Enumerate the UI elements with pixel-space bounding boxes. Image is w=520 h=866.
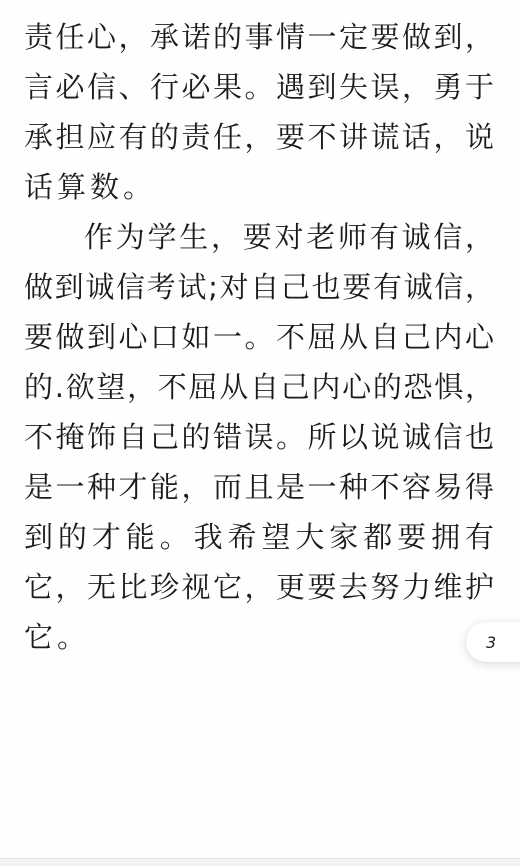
- bottom-bar: [0, 858, 520, 866]
- page-number-tab[interactable]: 3: [466, 622, 520, 662]
- document-page: 责任心，承诺的事情一定要做到， 言必信、行必果。遇到失误，勇于 承担应有的责任，…: [0, 0, 520, 866]
- text-line: 要做到心口如一。不屈从自己内心: [24, 312, 494, 362]
- text-line: 话算数。: [24, 162, 494, 212]
- text-line: 做到诚信考试;对自己也要有诚信，: [24, 262, 494, 312]
- text-line: 是一种才能，而且是一种不容易得: [24, 462, 494, 512]
- text-line: 的.欲望，不屈从自己内心的恐惧，: [24, 362, 494, 412]
- text-line: 不掩饰自己的错误。所以说诚信也: [24, 412, 494, 462]
- text-line: 言必信、行必果。遇到失误，勇于: [24, 62, 494, 112]
- page-number-label: 3: [486, 633, 496, 652]
- text-block: 责任心，承诺的事情一定要做到， 言必信、行必果。遇到失误，勇于 承担应有的责任，…: [24, 12, 494, 662]
- text-line: 它。: [24, 612, 494, 662]
- text-line: 承担应有的责任，要不讲谎话，说: [24, 112, 494, 162]
- text-line: 作为学生，要对老师有诚信，: [24, 212, 494, 262]
- text-line: 到的才能。我希望大家都要拥有: [24, 512, 494, 562]
- text-line: 责任心，承诺的事情一定要做到，: [24, 12, 494, 62]
- text-line: 它，无比珍视它，更要去努力维护: [24, 562, 494, 612]
